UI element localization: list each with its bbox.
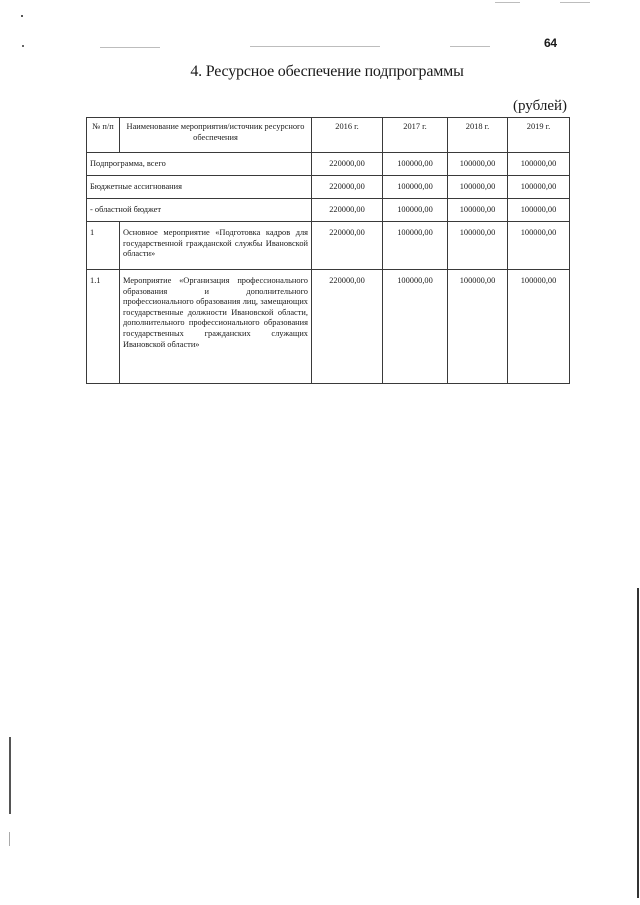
section-title: 4. Ресурсное обеспечение подпрограммы [0,63,640,81]
cell-2017: 100000,00 [383,199,448,222]
header-num: № п/п [87,118,120,153]
units-label: (рублей) [513,98,567,115]
row-label: Подпрограмма, всего [87,153,312,176]
cell-2017: 100000,00 [383,153,448,176]
row-label: - областной бюджет [87,199,312,222]
scan-noise-line [495,2,520,3]
cell-2018: 100000,00 [448,199,508,222]
scan-noise-line [450,46,490,47]
table-row-activity-1-1: 1.1 Мероприятие «Организация профессиона… [87,270,570,384]
header-year-2017: 2017 г. [383,118,448,153]
row-name: Мероприятие «Организация профессионально… [120,270,312,384]
cell-2018: 100000,00 [448,153,508,176]
header-year-2019: 2019 г. [508,118,570,153]
cell-2016: 220000,00 [312,176,383,199]
cell-2019: 100000,00 [508,199,570,222]
cell-2018: 100000,00 [448,222,508,270]
table-row-subprogram-total: Подпрограмма, всего 220000,00 100000,00 … [87,153,570,176]
cell-2018: 100000,00 [448,176,508,199]
table-row-regional-budget: - областной бюджет 220000,00 100000,00 1… [87,199,570,222]
row-num: 1.1 [87,270,120,384]
scan-margin-line-left [9,737,11,814]
scan-speck [21,15,23,17]
scan-noise-line [100,47,160,48]
header-year-2018: 2018 г. [448,118,508,153]
table-row-budget-allocations: Бюджетные ассигнования 220000,00 100000,… [87,176,570,199]
row-label: Бюджетные ассигнования [87,176,312,199]
cell-2016: 220000,00 [312,153,383,176]
cell-2019: 100000,00 [508,222,570,270]
cell-2019: 100000,00 [508,176,570,199]
scan-speck [22,45,24,47]
row-name: Основное мероприятие «Подготовка кадров … [120,222,312,270]
cell-2019: 100000,00 [508,153,570,176]
header-year-2016: 2016 г. [312,118,383,153]
cell-2016: 220000,00 [312,199,383,222]
scan-noise-line [250,46,380,47]
cell-2018: 100000,00 [448,270,508,384]
table-header-row: № п/п Наименование мероприятия/источник … [87,118,570,153]
cell-2019: 100000,00 [508,270,570,384]
page-number: 64 [544,36,557,50]
cell-2016: 220000,00 [312,270,383,384]
cell-2017: 100000,00 [383,176,448,199]
row-num: 1 [87,222,120,270]
cell-2016: 220000,00 [312,222,383,270]
section-title-text: 4. Ресурсное обеспечение подпрограммы [190,63,463,80]
resource-table: № п/п Наименование мероприятия/источник … [86,117,570,384]
scan-noise-line [560,2,590,3]
scan-margin-line-right [637,588,639,898]
cell-2017: 100000,00 [383,270,448,384]
header-name: Наименование мероприятия/источник ресурс… [120,118,312,153]
cell-2017: 100000,00 [383,222,448,270]
scan-margin-line-left-faint [9,832,10,846]
table-row-main-activity: 1 Основное мероприятие «Подготовка кадро… [87,222,570,270]
